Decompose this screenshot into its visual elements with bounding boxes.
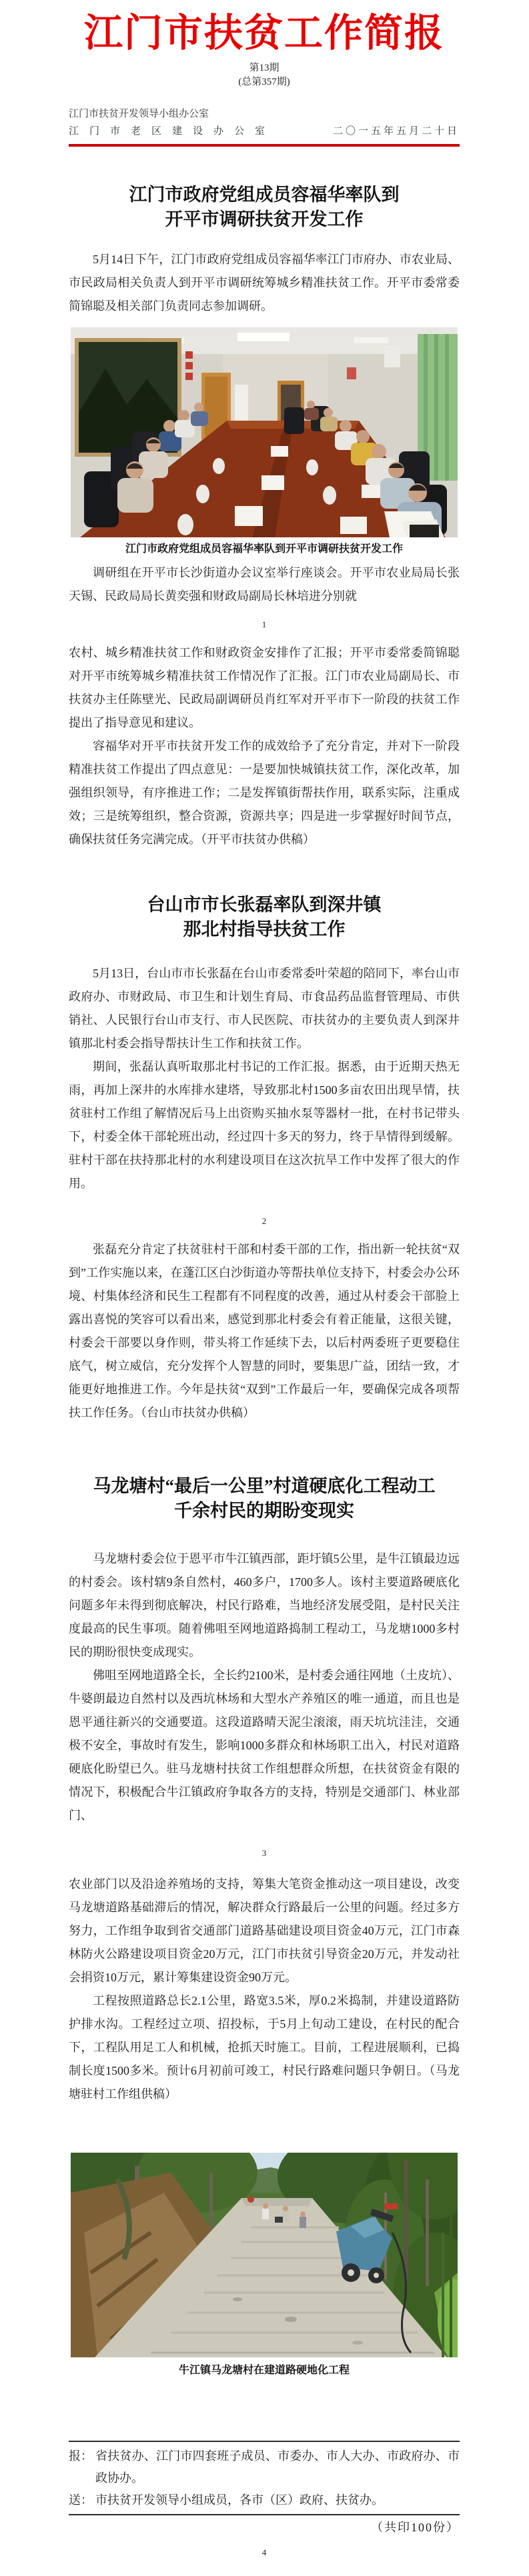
report-to-line: 报： 省扶贫办、江门市四套班子成员、市委办、市人大办、市政府办、市政协办。 [69, 2445, 460, 2489]
print-copies: （共印100份） [69, 2519, 460, 2536]
send-to-line: 送： 市扶贫开发领导小组成员，各市（区）政府、扶贫办。 [69, 2489, 460, 2511]
masthead-divider [69, 144, 460, 147]
article1-paragraph-2a: 调研组在开平市长沙街道办会议室举行座谈会。开平市农业局局长张天锡、民政局局长黄奕… [69, 561, 460, 608]
footer-bottom-rule [69, 2514, 460, 2515]
document-body: 江门市扶贫工作简报 第13期 (总第357期) 江门市扶贫开发领导小组办公室 江… [69, 0, 460, 2432]
meeting-photo-illustration [71, 327, 458, 537]
meeting-photo [71, 327, 458, 537]
distribution-footer: 报： 省扶贫办、江门市四套班子成员、市委办、市人大办、市政府办、市政协办。 送：… [69, 2441, 460, 2559]
article1-title: 江门市政府党组成员容福华率队到 开平市调研扶贫开发工作 [69, 183, 460, 232]
report-to-label: 报： [69, 2445, 93, 2467]
masthead-title: 江门市扶贫工作简报 [69, 5, 460, 61]
article3-title: 马龙塘村“最后一公里”村道硬底化工程动工 千余村民的期盼变现实 [69, 1474, 460, 1523]
article3-title-line1: 马龙塘村“最后一公里”村道硬底化工程动工 [69, 1474, 460, 1499]
meeting-photo-caption: 江门市政府党组成员容福华率队到开平市调研扶贫开发工作 [69, 541, 460, 557]
total-issue-number: (总第357期) [69, 75, 460, 89]
article2-paragraph-1: 5月13日，台山市市长张磊在台山市委常委叶荣超的陪同下，率台山市政府办、市财政局… [69, 962, 460, 1055]
page-number-4: 4 [69, 2547, 460, 2559]
send-to-text: 市扶贫开发领导小组成员，各市（区）政府、扶贫办。 [95, 2493, 384, 2507]
article1-paragraph-1: 5月14日下午，江门市政府党组成员容福华率江门市府办、市农业局、市民政局相关负责… [69, 248, 460, 318]
article2-paragraph-2: 期间，张磊认真听取那北村书记的工作汇报。据悉，由于近期天热无雨，再加上深井的水库… [69, 1055, 460, 1195]
road-photo-illustration [71, 2153, 458, 2357]
report-to-text: 省扶贫办、江门市四套班子成员、市委办、市人大办、市政府办、市政协办。 [95, 2449, 460, 2485]
footer-top-rule [69, 2441, 460, 2442]
road-photo [71, 2153, 458, 2357]
issue-number: 第13期 [69, 61, 460, 75]
issue-date: 二〇一五年五月二十日 [333, 123, 460, 140]
article1-title-line1: 江门市政府党组成员容福华率队到 [69, 183, 460, 207]
page-number-3: 3 [69, 1847, 460, 1859]
page-number-1: 1 [69, 619, 460, 631]
road-photo-caption: 牛江镇马龙塘村在建道路硬地化工程 [69, 2363, 460, 2379]
article3-paragraph-3: 工程按照道路总长2.1公里，路宽3.5米，厚0.2米捣制，并建设道路防护排水沟。… [69, 1989, 460, 2106]
article3-paragraph-1: 马龙塘村委会位于恩平市牛江镇西部，距圩镇5公里，是牛江镇最边远的村委会。该村辖9… [69, 1547, 460, 1664]
masthead-org-block: 江门市扶贫开发领导小组办公室 江门市老区建设办公室 二〇一五年五月二十日 [69, 105, 460, 140]
article3-paragraph-2a: 佛咀至网地道路全长，全长约2100米，是村委会通往网地（土皮坑）、牛婆朗最边自然… [69, 1664, 460, 1827]
article2-paragraph-3: 张磊充分肯定了扶贫驻村干部和村委干部的工作，指出新一轮扶贫“双到”工作实施以来，… [69, 1238, 460, 1425]
article2-title-line1: 台山市市长张磊率队到深井镇 [69, 893, 460, 917]
article1-paragraph-3: 容福华对开平市扶贫开发工作的成效给予了充分肯定，并对下一阶段精准扶贫工作提出了四… [69, 735, 460, 851]
article3-title-line2: 千余村民的期盼变现实 [69, 1499, 460, 1523]
send-to-label: 送： [69, 2489, 93, 2511]
bulletin-page: { "masthead": { "title": "江门市扶贫工作简报", "i… [0, 0, 529, 2576]
article2-title: 台山市市长张磊率队到深井镇 那北村指导扶贫工作 [69, 893, 460, 942]
article2-title-line2: 那北村指导扶贫工作 [69, 917, 460, 942]
article1-paragraph-2b: 农村、城乡精准扶贫工作和财政资金安排作了汇报；开平市委常委简锦聪对开平市统筹城乡… [69, 641, 460, 735]
article1-title-line2: 开平市调研扶贫开发工作 [69, 207, 460, 232]
org-line-1: 江门市扶贫开发领导小组办公室 [69, 105, 460, 123]
article3-paragraph-2b: 农业部门以及沿途养殖场的支持，筹集大笔资金推动这一项目建设，改变马龙塘道路基础滞… [69, 1873, 460, 1989]
page-number-2: 2 [69, 1215, 460, 1227]
